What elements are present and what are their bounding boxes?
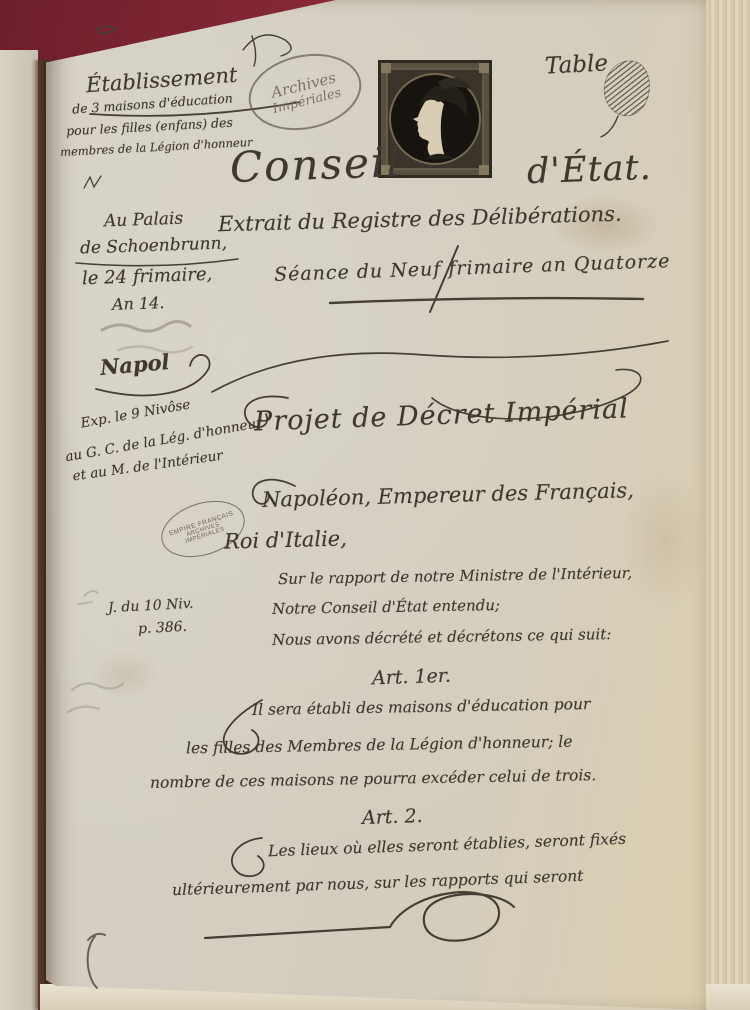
table-annotation: Table: [544, 50, 608, 79]
corner-ornament: [479, 63, 489, 73]
journal-line: p. 386.: [138, 619, 188, 638]
place-date-line: Au Palais: [104, 209, 184, 232]
article1-heading: Art. 1er.: [372, 665, 452, 690]
salutation-line: Roi d'Italie,: [224, 526, 347, 553]
title-detat: d'État.: [526, 148, 652, 192]
corner-ornament: [479, 165, 489, 175]
photograph-of-manuscript: Archives Impériales EMPIRE FRANÇAIS ARCH…: [0, 0, 750, 1010]
article2-heading: Art. 2.: [362, 805, 423, 829]
place-date-line: An 14.: [112, 293, 165, 314]
title-conseil: Conseil: [229, 137, 402, 192]
corner-ornament: [381, 63, 391, 73]
